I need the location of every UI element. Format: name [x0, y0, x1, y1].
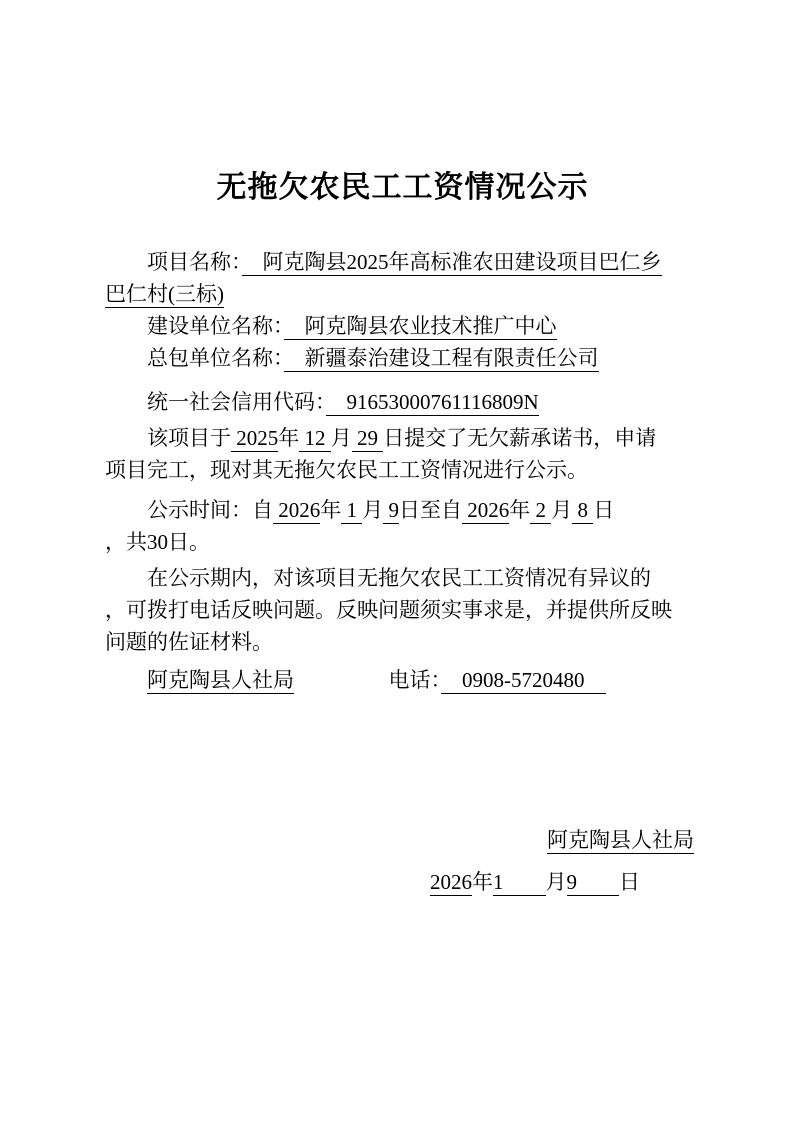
- text-run: 总包单位名称：: [147, 346, 284, 370]
- text-run: 日提交了无欠薪承诺书，申请: [383, 426, 656, 450]
- text-run: 电话：: [389, 668, 442, 692]
- text-run: ，可拨打电话反映问题。反映问题须实事求是，并提供所反映: [105, 598, 672, 622]
- signature-date-line: 2026年1 月9 日: [105, 866, 700, 898]
- text-run: ，共30日。: [105, 530, 210, 554]
- text-run: 年: [509, 498, 530, 522]
- commitment-line-1: 该项目于 2025年 12 月 29 日提交了无欠薪承诺书，申请: [105, 422, 700, 454]
- underlined-blank-value: 1: [341, 498, 362, 524]
- underlined-blank-value: 9: [383, 498, 399, 524]
- underlined-blank-value: 12: [299, 426, 331, 452]
- text-run: 统一社会信用代码：: [147, 390, 326, 414]
- text-run: 项目名称：: [147, 250, 242, 274]
- underlined-blank-value: 29: [352, 426, 384, 452]
- text-run: 月: [546, 870, 567, 894]
- underlined-blank-value: 新疆泰治建设工程有限责任公司: [284, 346, 599, 372]
- document-title: 无拖欠农民工工资情况公示: [105, 170, 700, 206]
- text-run: 月: [362, 498, 383, 522]
- underlined-blank-value: 阿克陶县人社局: [547, 828, 694, 854]
- underlined-blank-value: 阿克陶县人社局: [147, 668, 294, 694]
- objection-notice-line-1: 在公示期内，对该项目无拖欠农民工工资情况有异议的: [105, 562, 700, 594]
- underlined-blank-value: 2026: [430, 870, 472, 896]
- text-run: 月: [551, 498, 572, 522]
- notice-document: 无拖欠农民工工资情况公示 项目名称： 阿克陶县2025年高标准农田建设项目巴仁乡…: [0, 0, 793, 1122]
- text-run: 公示时间：自: [147, 498, 273, 522]
- text-run: 该项目于: [147, 426, 231, 450]
- objection-notice-line-2: ，可拨打电话反映问题。反映问题须实事求是，并提供所反映: [105, 594, 700, 626]
- underlined-blank-value: 2026: [462, 498, 509, 524]
- text-run: 年: [278, 426, 299, 450]
- project-name-wrap-line: 巴仁村(三标): [105, 278, 700, 310]
- text-run: 年: [320, 498, 341, 522]
- contact-line: 阿克陶县人社局 电话： 0908-5720480: [105, 664, 700, 696]
- text-run: [294, 668, 389, 692]
- text-run: 月: [331, 426, 352, 450]
- project-name-line: 项目名称： 阿克陶县2025年高标准农田建设项目巴仁乡: [105, 246, 700, 278]
- underlined-blank-value: 2026: [273, 498, 320, 524]
- underlined-blank-value: 阿克陶县2025年高标准农田建设项目巴仁乡: [242, 250, 662, 276]
- credit-code-line: 统一社会信用代码： 91653000761116809N: [105, 386, 700, 418]
- text-run: 日: [593, 498, 614, 522]
- objection-notice-line-3: 问题的佐证材料。: [105, 626, 700, 658]
- signature-org-line: 阿克陶县人社局: [105, 824, 700, 856]
- text-run: 项目完工，现对其无拖欠农民工工资情况进行公示。: [105, 458, 588, 482]
- text-run: 年: [472, 870, 493, 894]
- general-contractor-line: 总包单位名称： 新疆泰治建设工程有限责任公司: [105, 342, 700, 374]
- underlined-blank-value: 2: [530, 498, 551, 524]
- text-run: 建设单位名称：: [147, 314, 284, 338]
- commitment-line-2: 项目完工，现对其无拖欠农民工工资情况进行公示。: [105, 454, 700, 486]
- publicity-period-line-1: 公示时间：自 2026年 1 月 9日至自 2026年 2 月 8 日: [105, 494, 700, 526]
- text-run: 日至自: [399, 498, 462, 522]
- underlined-blank-value: 阿克陶县农业技术推广中心: [284, 314, 557, 340]
- publicity-period-line-2: ，共30日。: [105, 526, 700, 558]
- underlined-blank-value: 8: [572, 498, 593, 524]
- underlined-blank-value: 巴仁村(三标): [105, 282, 224, 308]
- underlined-blank-value: 0908-5720480: [441, 668, 606, 694]
- underlined-blank-value: 91653000761116809N: [326, 390, 539, 416]
- underlined-blank-value: 9: [567, 870, 620, 896]
- underlined-blank-value: 2025: [231, 426, 278, 452]
- construction-unit-line: 建设单位名称： 阿克陶县农业技术推广中心: [105, 310, 700, 342]
- underlined-blank-value: 1: [493, 870, 546, 896]
- text-run: 问题的佐证材料。: [105, 630, 273, 654]
- text-run: 在公示期内，对该项目无拖欠农民工工资情况有异议的: [147, 566, 651, 590]
- text-run: 日: [619, 870, 640, 894]
